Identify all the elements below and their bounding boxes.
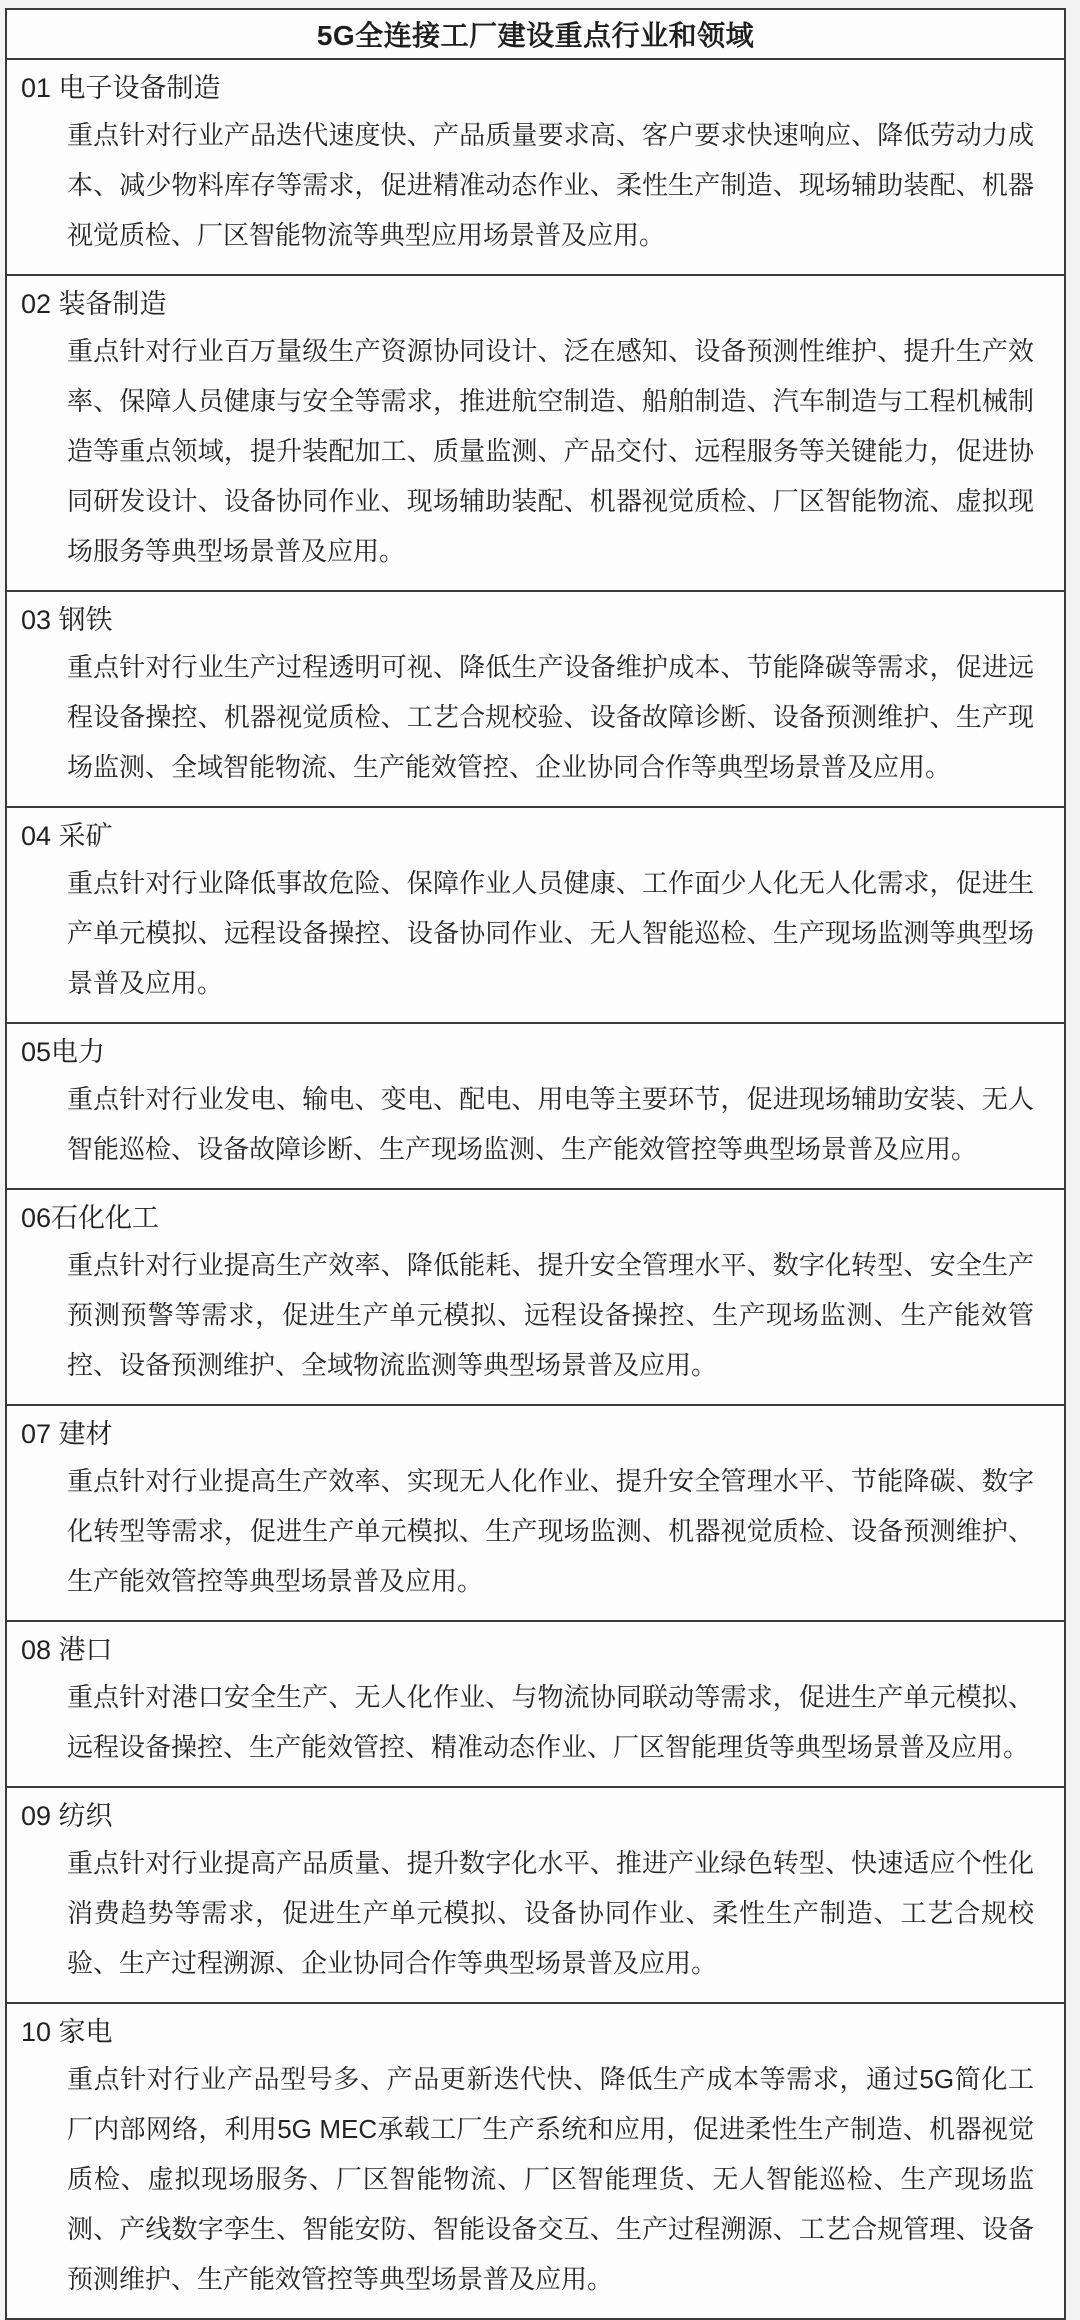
section-header: 01 电子设备制造 (21, 68, 1048, 108)
section-header: 07 建材 (21, 1414, 1048, 1454)
section-row: 05电力 重点针对行业发电、输电、变电、配电、用电等主要环节，促进现场辅助安装、… (7, 1024, 1064, 1190)
section-body: 重点针对港口安全生产、无人化作业、与物流协同联动等需求，促进生产单元模拟、远程设… (67, 1672, 1034, 1772)
section-header: 03 钢铁 (21, 600, 1048, 640)
section-row: 03 钢铁 重点针对行业生产过程透明可视、降低生产设备维护成本、节能降碳等需求，… (7, 592, 1064, 808)
section-row: 04 采矿 重点针对行业降低事故危险、保障作业人员健康、工作面少人化无人化需求，… (7, 808, 1064, 1024)
section-header: 10 家电 (21, 2012, 1048, 2052)
section-body: 重点针对行业提高生产效率、实现无人化作业、提升安全管理水平、节能降碳、数字化转型… (67, 1456, 1034, 1606)
section-body: 重点针对行业降低事故危险、保障作业人员健康、工作面少人化无人化需求，促进生产单元… (67, 858, 1034, 1008)
section-row: 10 家电 重点针对行业产品型号多、产品更新迭代快、降低生产成本等需求，通过5G… (7, 2004, 1064, 2318)
section-body: 重点针对行业提高生产效率、降低能耗、提升安全管理水平、数字化转型、安全生产预测预… (67, 1240, 1034, 1390)
table-title-row: 5G全连接工厂建设重点行业和领域 (7, 10, 1064, 60)
sections-container: 01 电子设备制造 重点针对行业产品迭代速度快、产品质量要求高、客户要求快速响应… (7, 60, 1064, 2318)
section-header: 05电力 (21, 1032, 1048, 1072)
section-body: 重点针对行业生产过程透明可视、降低生产设备维护成本、节能降碳等需求，促进远程设备… (67, 642, 1034, 792)
section-body: 重点针对行业产品迭代速度快、产品质量要求高、客户要求快速响应、降低劳动力成本、减… (67, 110, 1034, 260)
section-row: 07 建材 重点针对行业提高生产效率、实现无人化作业、提升安全管理水平、节能降碳… (7, 1406, 1064, 1622)
section-row: 09 纺织 重点针对行业提高产品质量、提升数字化水平、推进产业绿色转型、快速适应… (7, 1788, 1064, 2004)
section-header: 08 港口 (21, 1630, 1048, 1670)
section-header: 04 采矿 (21, 816, 1048, 856)
section-header: 09 纺织 (21, 1796, 1048, 1836)
industries-table: 5G全连接工厂建设重点行业和领域 01 电子设备制造 重点针对行业产品迭代速度快… (5, 8, 1066, 2320)
page-title: 5G全连接工厂建设重点行业和领域 (317, 14, 754, 54)
section-body: 重点针对行业发电、输电、变电、配电、用电等主要环节，促进现场辅助安装、无人智能巡… (67, 1074, 1034, 1174)
section-row: 01 电子设备制造 重点针对行业产品迭代速度快、产品质量要求高、客户要求快速响应… (7, 60, 1064, 276)
section-header: 06石化化工 (21, 1198, 1048, 1238)
section-row: 06石化化工 重点针对行业提高生产效率、降低能耗、提升安全管理水平、数字化转型、… (7, 1190, 1064, 1406)
section-row: 08 港口 重点针对港口安全生产、无人化作业、与物流协同联动等需求，促进生产单元… (7, 1622, 1064, 1788)
section-row: 02 装备制造 重点针对行业百万量级生产资源协同设计、泛在感知、设备预测性维护、… (7, 276, 1064, 592)
section-body: 重点针对行业百万量级生产资源协同设计、泛在感知、设备预测性维护、提升生产效率、保… (67, 326, 1034, 576)
section-body: 重点针对行业提高产品质量、提升数字化水平、推进产业绿色转型、快速适应个性化消费趋… (67, 1838, 1034, 1988)
section-body: 重点针对行业产品型号多、产品更新迭代快、降低生产成本等需求，通过5G简化工厂内部… (67, 2054, 1034, 2304)
section-header: 02 装备制造 (21, 284, 1048, 324)
